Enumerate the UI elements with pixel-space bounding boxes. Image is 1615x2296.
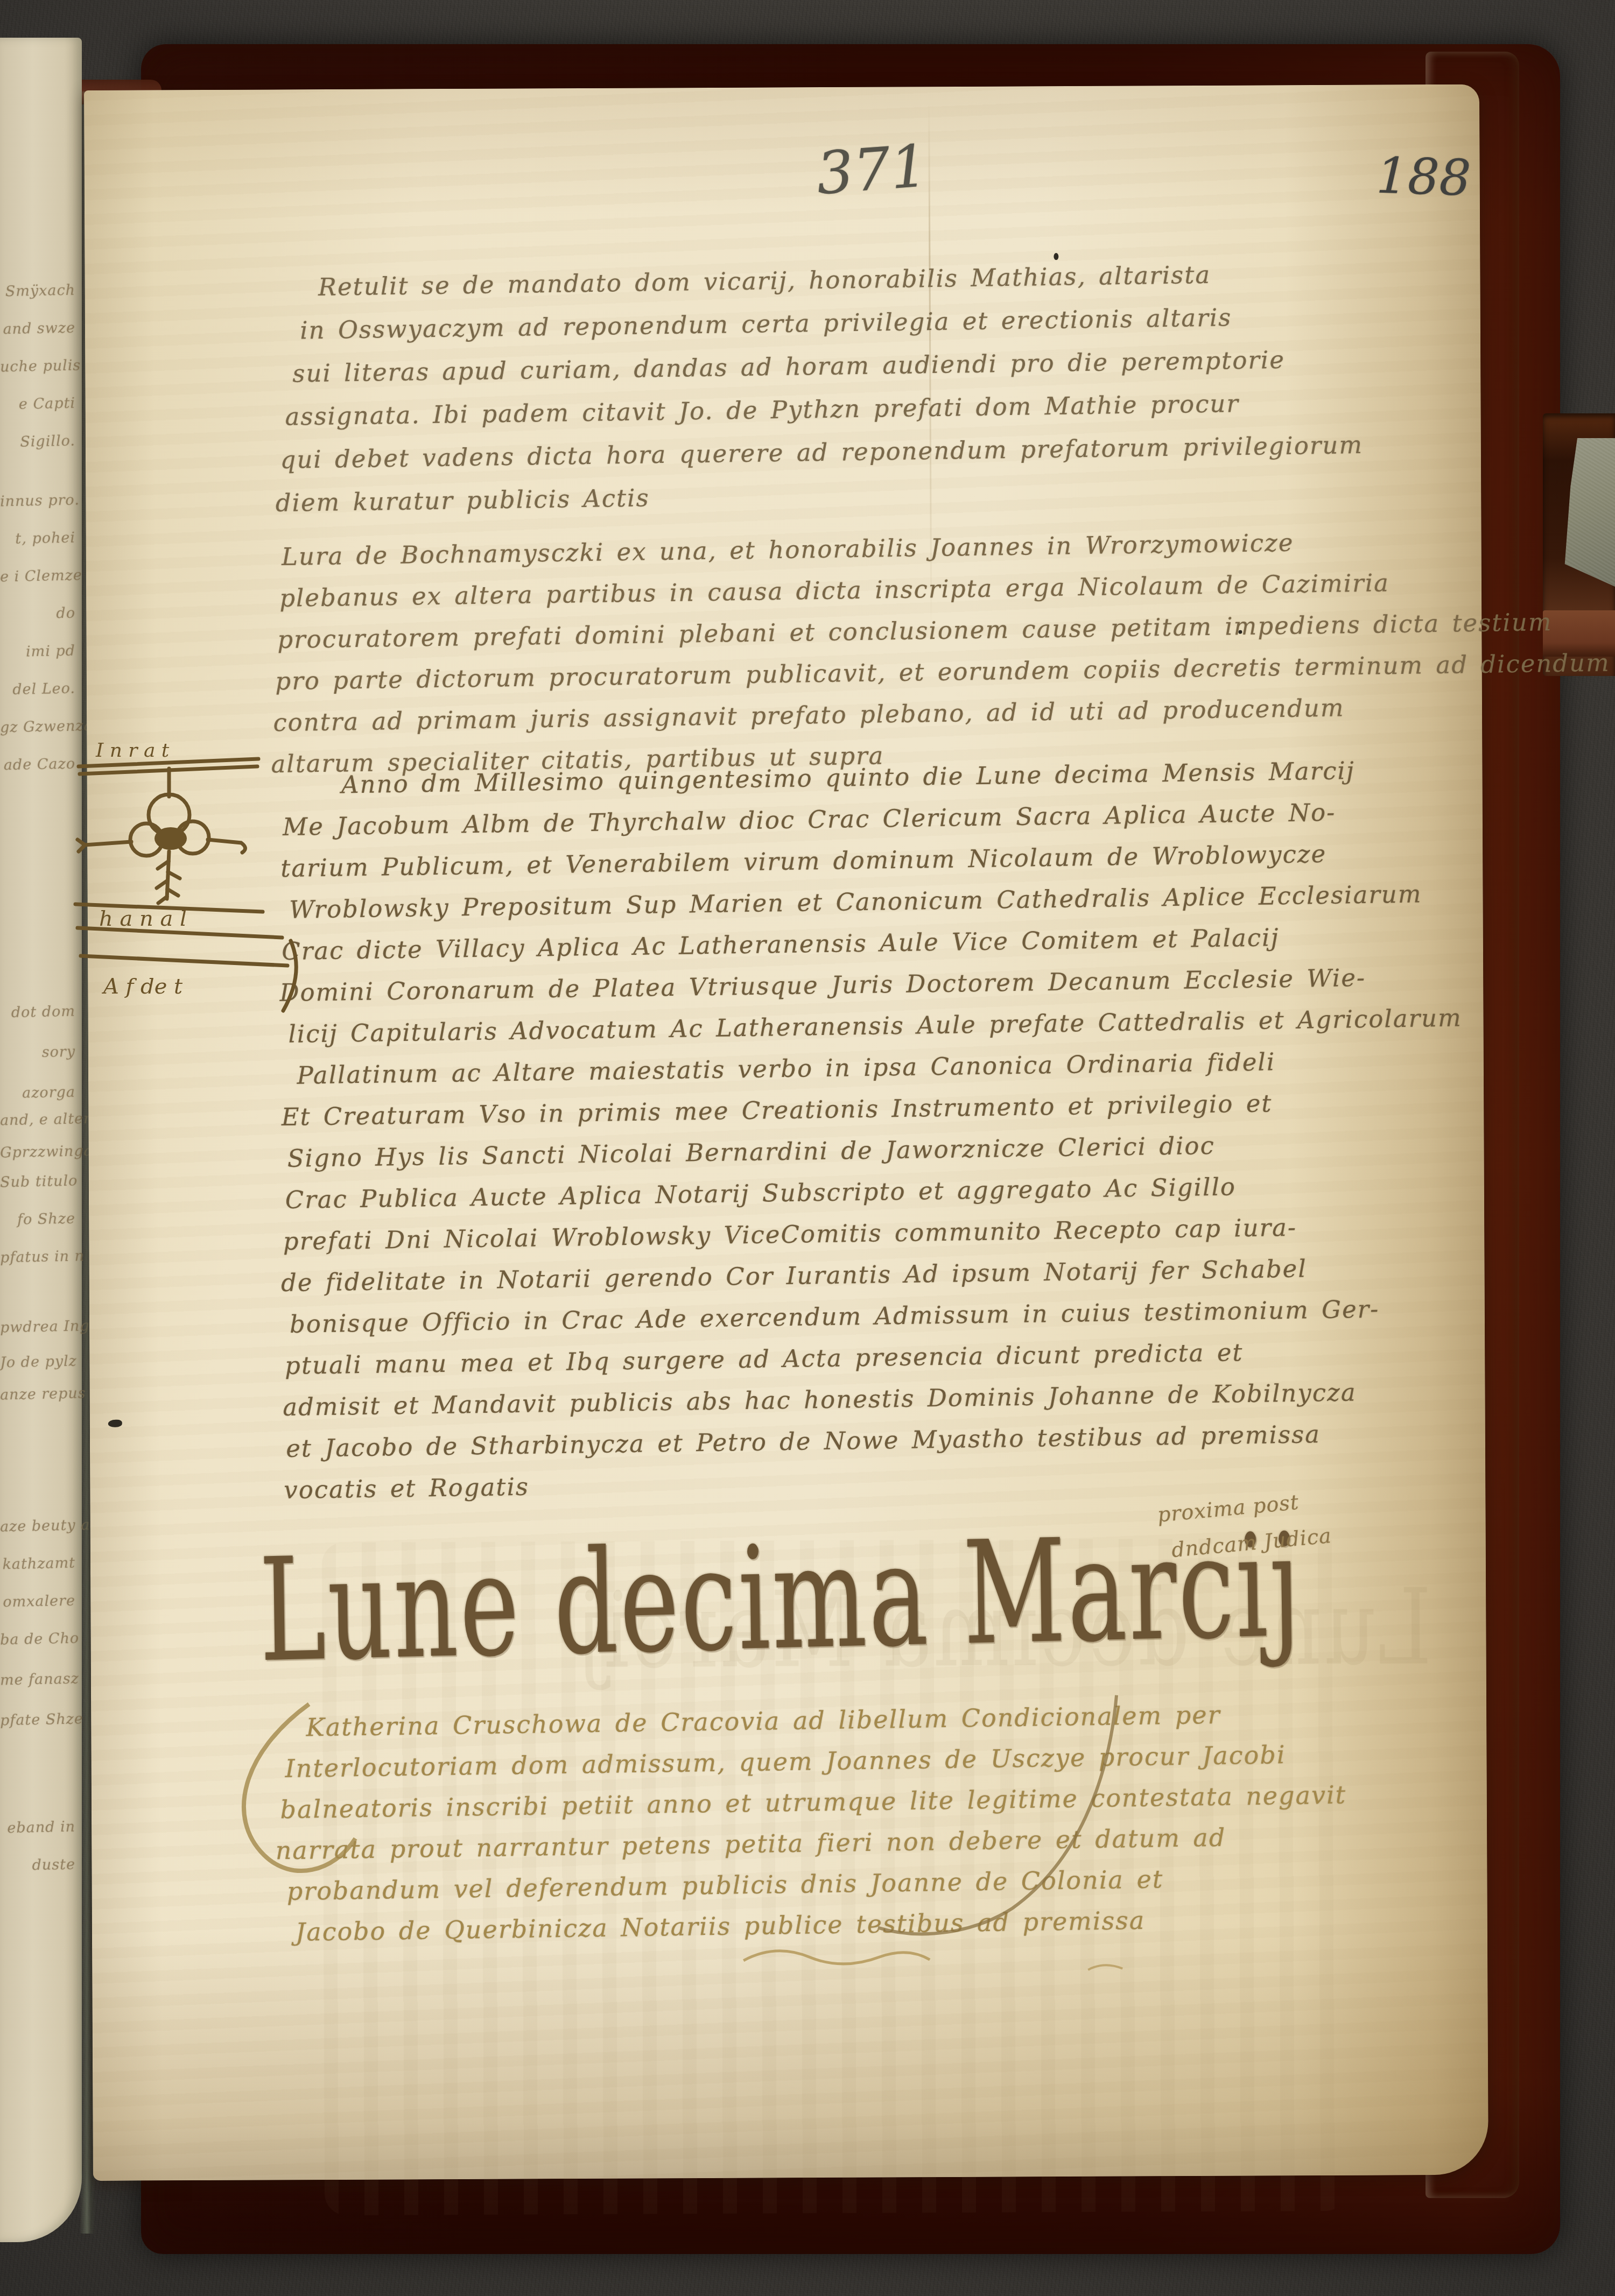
manuscript-photo: Smÿxachand swzeuche pulise CaptiSigillo.…	[0, 0, 1615, 2296]
ink-speck	[1238, 630, 1242, 634]
facing-page-text-fragment: Jo de pylz	[0, 1353, 75, 1371]
clasp-metal-fitting	[1558, 438, 1615, 600]
book-clasp	[1543, 413, 1615, 676]
facing-page-text-fragment: uche pulis	[0, 357, 75, 376]
ink-blot	[108, 1420, 122, 1427]
facing-page-text-fragment: kathzamt	[0, 1555, 75, 1573]
facing-page-text-fragment: del Leo.	[0, 680, 75, 699]
facing-page-text-fragment: e Capti	[0, 395, 75, 413]
sign-bottom-letters: A f de t	[101, 974, 183, 999]
facing-page-text-fragment: pfate Shze	[0, 1711, 75, 1729]
facing-page-text-fragment: sory	[0, 1044, 75, 1062]
ink-speck	[1054, 253, 1058, 260]
facing-page-stub: Smÿxachand swzeuche pulise CaptiSigillo.…	[0, 38, 82, 2242]
facing-page-text-fragment: imi pd	[0, 643, 75, 661]
facing-page-text-fragment: pwdrea Ingz	[0, 1318, 75, 1336]
sign-middle-letters: h a n a l	[99, 906, 187, 931]
facing-page-text-fragment: azorga	[0, 1084, 75, 1102]
facing-page-text-fragment: Smÿxach	[0, 282, 75, 300]
facing-page-text-fragment: aze beuty ad	[0, 1517, 75, 1536]
facing-page-text-fragment: pfatus in n	[0, 1248, 75, 1266]
facing-page-text-fragment: Sigillo.	[0, 433, 75, 451]
facing-page-text-fragment: do	[0, 605, 75, 623]
facing-page-text-fragment: innus pro.	[0, 492, 75, 510]
facing-page-text-fragment: Gprzzwinga	[0, 1143, 75, 1161]
facing-page-text-fragment: and swze	[0, 320, 75, 338]
facing-page-text-fragment: and, e altera	[0, 1111, 75, 1129]
facing-page-text-fragment: Sub titulo	[0, 1173, 75, 1191]
notarial-sign: I n r a t h a n a l A f de t	[47, 736, 300, 1027]
facing-page-text-fragment: anze repus kazp	[0, 1385, 75, 1404]
facing-page-text-fragment: ba de Cho	[0, 1630, 75, 1649]
sign-top-letters: I n r a t	[95, 739, 170, 762]
facing-page-text-fragment: duste	[0, 1856, 75, 1875]
facing-page-text-fragment: omxalere	[0, 1593, 75, 1611]
heading-descender-flourish	[84, 84, 1488, 2181]
facing-page-text-fragment: t, pohei	[0, 530, 75, 548]
manuscript-page: 371 188 Retulit se de mandato dom vicari…	[84, 84, 1488, 2181]
facing-page-text-fragment: fo Shze	[0, 1210, 75, 1229]
facing-page-text-fragment: me fanasz	[0, 1671, 75, 1689]
facing-page-text-fragment: e i Clemze	[0, 567, 75, 586]
facing-page-text-fragment: gz Gzwenza	[0, 718, 75, 736]
facing-page-text-fragment: eband in	[0, 1819, 75, 1837]
